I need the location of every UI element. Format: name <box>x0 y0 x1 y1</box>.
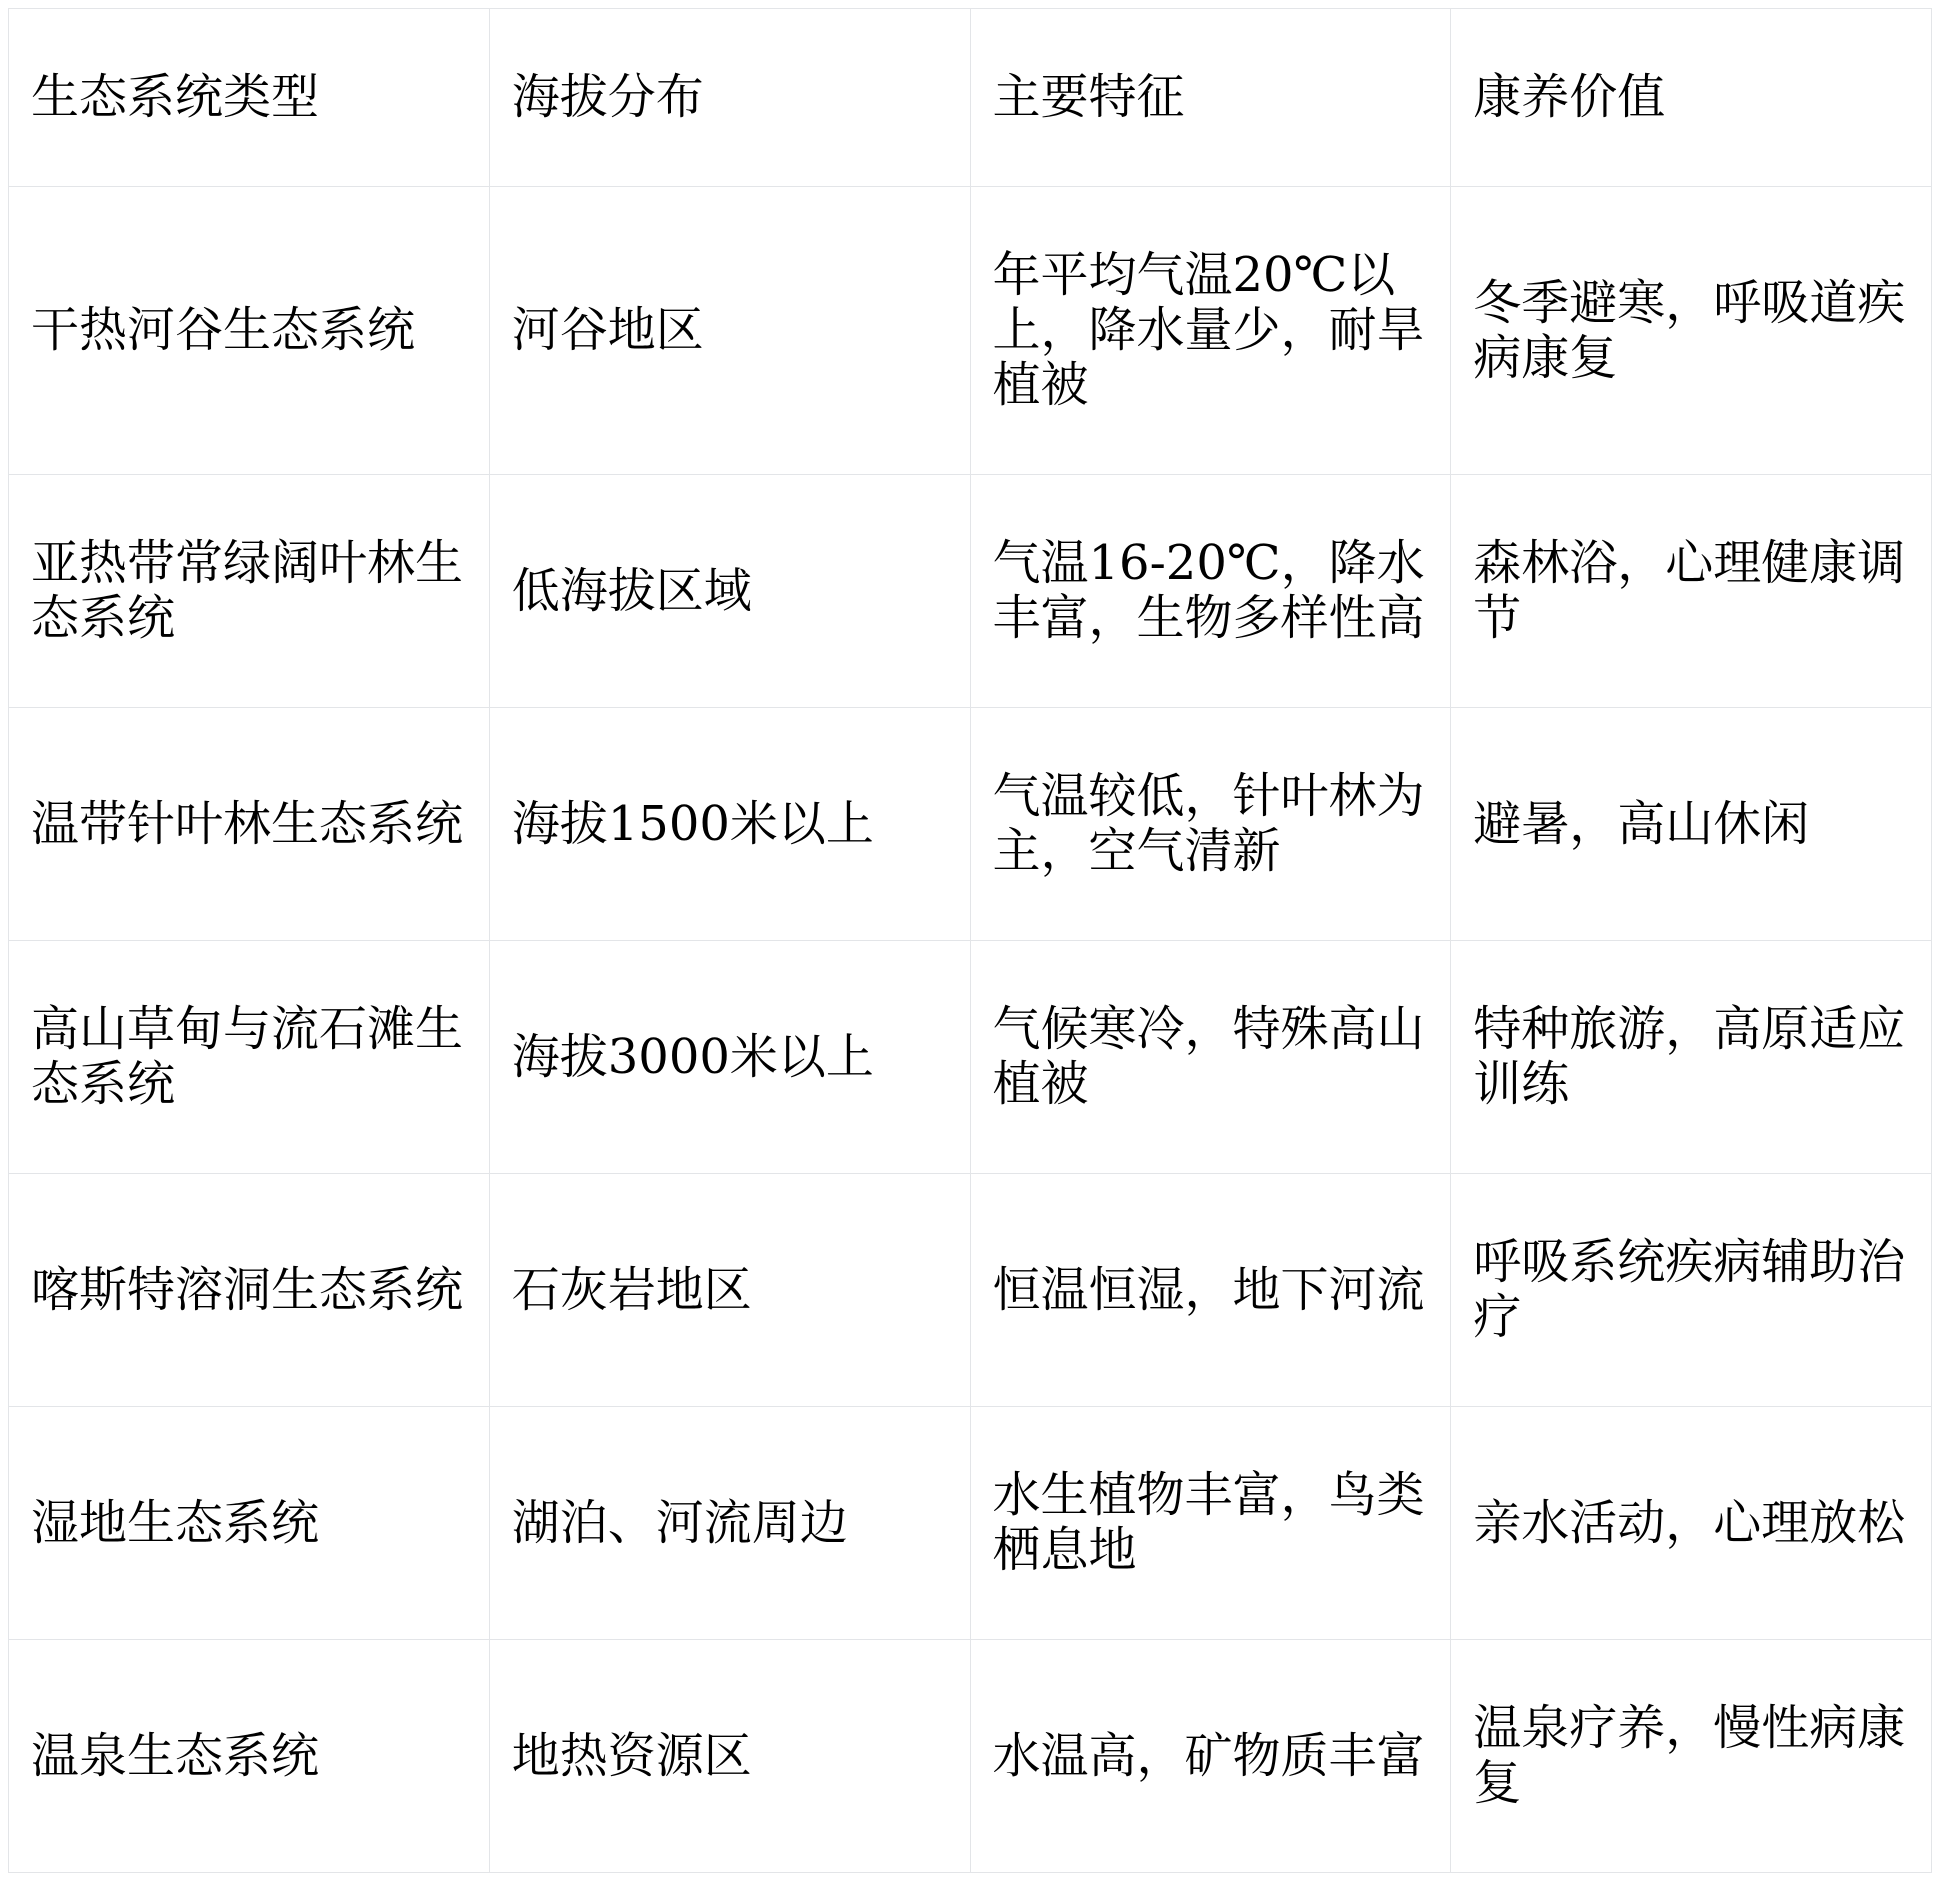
table-cell: 喀斯特溶洞生态系统 <box>9 1174 490 1407</box>
column-header-main-features: 主要特征 <box>970 9 1451 187</box>
table-row: 高山草甸与流石滩生态系统海拔3000米以上气候寒冷，特殊高山植被特种旅游，高原适… <box>9 941 1932 1174</box>
table-cell: 呼吸系统疾病辅助治疗 <box>1451 1174 1932 1407</box>
table-header: 生态系统类型 海拔分布 主要特征 康养价值 <box>9 9 1932 187</box>
table-cell: 恒温恒湿，地下河流 <box>970 1174 1451 1407</box>
table-cell: 气温16-20℃，降水丰富，生物多样性高 <box>970 475 1451 708</box>
table-cell: 亲水活动，心理放松 <box>1451 1407 1932 1640</box>
ecosystem-table: 生态系统类型 海拔分布 主要特征 康养价值 干热河谷生态系统河谷地区年平均气温2… <box>8 8 1932 1873</box>
table-cell: 特种旅游，高原适应训练 <box>1451 941 1932 1174</box>
table-cell: 避暑，高山休闲 <box>1451 708 1932 941</box>
table-cell: 年平均气温20℃以上，降水量少，耐旱植被 <box>970 187 1451 475</box>
table-cell: 冬季避寒，呼吸道疾病康复 <box>1451 187 1932 475</box>
table-cell: 干热河谷生态系统 <box>9 187 490 475</box>
table-cell: 气候寒冷，特殊高山植被 <box>970 941 1451 1174</box>
column-header-ecosystem-type: 生态系统类型 <box>9 9 490 187</box>
table-row: 温泉生态系统地热资源区水温高，矿物质丰富温泉疗养，慢性病康复 <box>9 1640 1932 1873</box>
table-cell: 海拔3000米以上 <box>489 941 970 1174</box>
table-row: 干热河谷生态系统河谷地区年平均气温20℃以上，降水量少，耐旱植被冬季避寒，呼吸道… <box>9 187 1932 475</box>
table-cell: 温泉疗养，慢性病康复 <box>1451 1640 1932 1873</box>
table-cell: 水温高，矿物质丰富 <box>970 1640 1451 1873</box>
table-row: 亚热带常绿阔叶林生态系统低海拔区域气温16-20℃，降水丰富，生物多样性高森林浴… <box>9 475 1932 708</box>
table-cell: 森林浴，心理健康调节 <box>1451 475 1932 708</box>
table-row: 喀斯特溶洞生态系统石灰岩地区恒温恒湿，地下河流呼吸系统疾病辅助治疗 <box>9 1174 1932 1407</box>
header-row: 生态系统类型 海拔分布 主要特征 康养价值 <box>9 9 1932 187</box>
table-cell: 气温较低，针叶林为主，空气清新 <box>970 708 1451 941</box>
table-cell: 温带针叶林生态系统 <box>9 708 490 941</box>
table-cell: 水生植物丰富，鸟类栖息地 <box>970 1407 1451 1640</box>
table-cell: 亚热带常绿阔叶林生态系统 <box>9 475 490 708</box>
table-cell: 高山草甸与流石滩生态系统 <box>9 941 490 1174</box>
table-cell: 地热资源区 <box>489 1640 970 1873</box>
table-body: 干热河谷生态系统河谷地区年平均气温20℃以上，降水量少，耐旱植被冬季避寒，呼吸道… <box>9 187 1932 1873</box>
table-cell: 海拔1500米以上 <box>489 708 970 941</box>
table-cell: 河谷地区 <box>489 187 970 475</box>
table-cell: 温泉生态系统 <box>9 1640 490 1873</box>
column-header-altitude-distribution: 海拔分布 <box>489 9 970 187</box>
table-cell: 湖泊、河流周边 <box>489 1407 970 1640</box>
table-cell: 石灰岩地区 <box>489 1174 970 1407</box>
table-cell: 低海拔区域 <box>489 475 970 708</box>
column-header-wellness-value: 康养价值 <box>1451 9 1932 187</box>
table-row: 湿地生态系统湖泊、河流周边水生植物丰富，鸟类栖息地亲水活动，心理放松 <box>9 1407 1932 1640</box>
table-cell: 湿地生态系统 <box>9 1407 490 1640</box>
table-row: 温带针叶林生态系统海拔1500米以上气温较低，针叶林为主，空气清新避暑，高山休闲 <box>9 708 1932 941</box>
